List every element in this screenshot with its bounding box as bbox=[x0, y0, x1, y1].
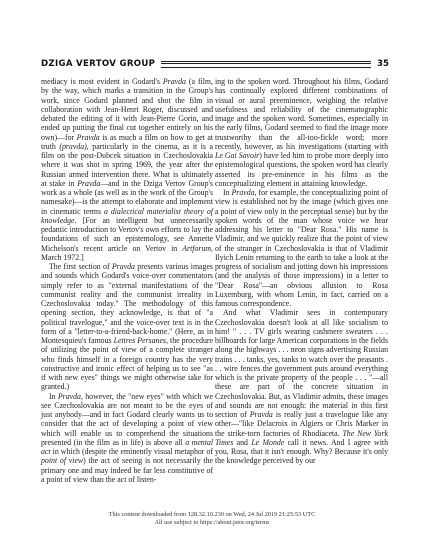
italic-text: Pravda bbox=[77, 133, 100, 142]
italic-text: Pravda bbox=[163, 77, 186, 86]
text-run: And what Vladimir sees in contemporary C… bbox=[215, 308, 388, 419]
italic-text: Pravda bbox=[232, 188, 255, 197]
body-paragraph: In Pravda, however, the "new eyes" with … bbox=[41, 392, 213, 485]
text-run: In bbox=[49, 392, 58, 401]
terms-notice-line: All use subject to https://about.jstor.o… bbox=[0, 519, 424, 527]
text-run: , the procedure of utilizing the point o… bbox=[41, 336, 213, 391]
text-run: in which (despite the eminently visual m… bbox=[51, 447, 213, 456]
text-run: In bbox=[223, 188, 232, 197]
italic-text: Pravda bbox=[58, 392, 81, 401]
italic-text: Pravda bbox=[77, 179, 100, 188]
body-paragraph: And what Vladimir sees in contemporary C… bbox=[215, 308, 388, 465]
italic-text: Artforum bbox=[182, 244, 211, 253]
italic-text: Pravda bbox=[112, 262, 135, 271]
running-header: DZIGA VERTOV GROUP 35 bbox=[41, 58, 389, 70]
italic-text: Lettres Persanes bbox=[114, 336, 166, 345]
journal-page: DZIGA VERTOV GROUP 35 mediacy is most ev… bbox=[0, 0, 424, 549]
text-run: , for example, the conceptualizing point… bbox=[215, 188, 388, 308]
italic-text: (pravda) bbox=[59, 142, 86, 151]
page-number: 35 bbox=[377, 59, 389, 69]
body-paragraph: In Pravda, for example, the conceptualiz… bbox=[215, 188, 388, 308]
header-rule-divider bbox=[161, 61, 371, 68]
text-run: ing to the spoken word. Throughout his f… bbox=[215, 77, 388, 151]
italic-text: Le Monde bbox=[251, 438, 284, 447]
body-paragraph: The first section of Pravda presents var… bbox=[41, 262, 213, 392]
text-run: The first section of bbox=[49, 262, 112, 271]
italic-text: point of view bbox=[41, 456, 83, 465]
left-column: mediacy is most evident in Godard's Prav… bbox=[41, 77, 213, 484]
right-column: ing to the spoken word. Throughout his f… bbox=[215, 77, 388, 466]
body-paragraph: mediacy is most evident in Godard's Prav… bbox=[41, 77, 213, 262]
italic-text: Le Gai Savoir bbox=[215, 151, 259, 160]
running-title: DZIGA VERTOV GROUP bbox=[41, 59, 155, 69]
download-notice-line: This content downloaded from 128.32.10.2… bbox=[0, 511, 424, 519]
italic-text: Pravda bbox=[250, 410, 273, 419]
text-run: mediacy is most evident in Godard's bbox=[41, 77, 163, 86]
text-run: presents various images and sounds which… bbox=[41, 262, 213, 345]
text-run: and bbox=[233, 438, 251, 447]
download-notice: This content downloaded from 128.32.10.2… bbox=[0, 511, 424, 527]
body-paragraph: ing to the spoken word. Throughout his f… bbox=[215, 77, 388, 188]
